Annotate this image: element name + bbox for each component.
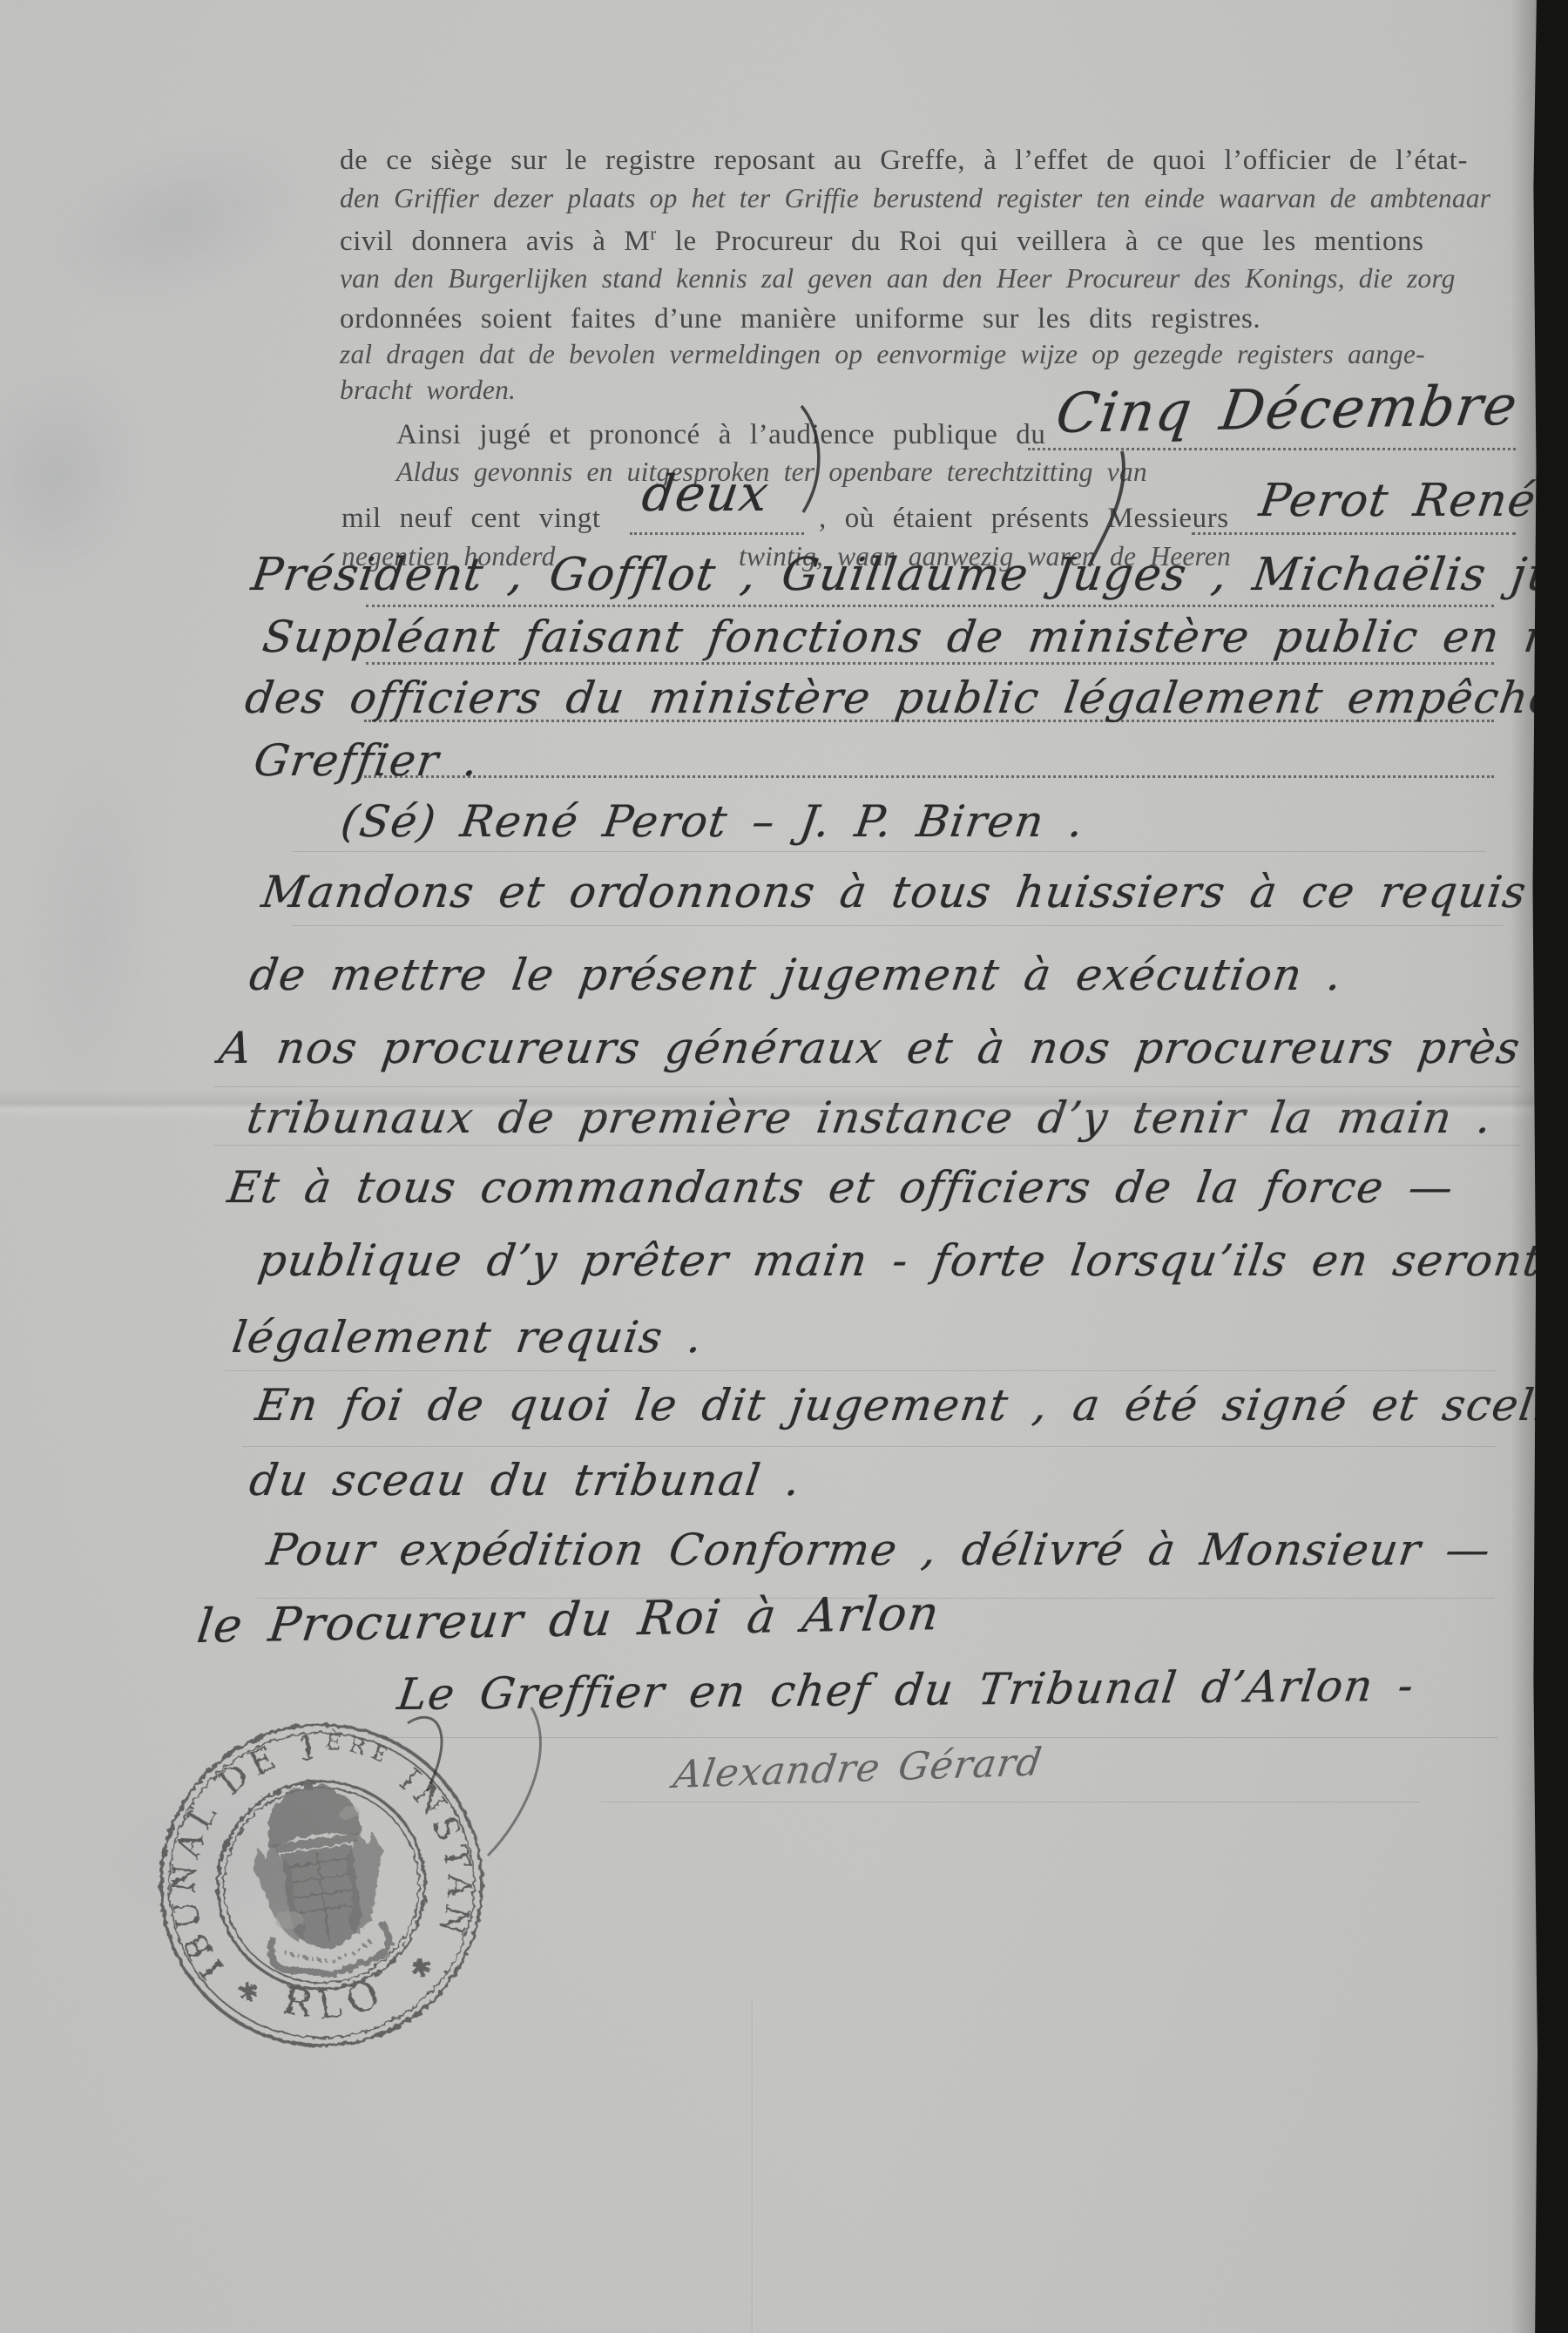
printed-line-mil: mil neuf cent vingt (341, 503, 601, 535)
bleedthrough-smudge (13, 736, 170, 1119)
bleedthrough-smudge (0, 341, 171, 609)
stamp-star-right: ✱ (409, 1952, 434, 1984)
bleedthrough-smudge (96, 1771, 340, 1941)
dotted-rule (366, 605, 1494, 607)
bleedthrough-smudge (17, 99, 341, 346)
paper-rule (225, 1370, 1497, 1371)
handwritten-year-word: deux (639, 465, 773, 523)
dotted-rule (364, 775, 1494, 778)
printed-line-fr-1: de ce siège sur le registre reposant au … (340, 145, 1468, 177)
horizontal-fold-crease (0, 1091, 1537, 1120)
printed-line-ou-etaient: , où étaient présents Messieurs (819, 503, 1229, 535)
handwritten-line: publique d’y prêter main - forte lorsqu’… (255, 1235, 1545, 1286)
handwritten-line: Mandons et ordonnons à tous huissiers à … (259, 867, 1531, 917)
handwritten-line: Greffier . (251, 735, 483, 786)
dotted-rule (366, 662, 1494, 665)
paper-rule (601, 1802, 1420, 1802)
stamp-star-left: ✱ (236, 1977, 261, 2008)
printed-line-nl-4: bracht worden. (340, 375, 516, 406)
printed-text: le Procureur du Roi qui veillera à ce qu… (657, 226, 1424, 257)
handwritten-line: A nos procureurs généraux et à nos procu… (216, 1023, 1568, 1073)
dotted-rule (1028, 448, 1516, 450)
handwritten-audience-date: Cinq Décembre (1052, 374, 1522, 445)
printed-line-ainsi: Ainsi jugé et prononcé à l’audience publ… (396, 419, 1045, 451)
superscript-r: r (650, 223, 657, 244)
paper-rule (375, 1737, 1498, 1738)
printed-line-fr-3: ordonnées soient faites d’une manière un… (340, 303, 1260, 335)
vertical-fold-crease (751, 1999, 754, 2333)
handwritten-line: du sceau du tribunal . (247, 1455, 805, 1505)
handwritten-line: de mettre le présent jugement à exécutio… (247, 950, 1346, 1000)
paper-edge-shadow (1511, 0, 1537, 2333)
paper-rule (292, 851, 1485, 852)
handwritten-greffier-title: Le Greffier en chef du Tribunal d’Arlon … (395, 1660, 1417, 1720)
handwritten-line: le Procureur du Roi à Arlon (194, 1586, 943, 1653)
handwritten-line: Suppléant faisant fonctions de ministère… (260, 612, 1568, 662)
handwritten-signature-line: (Sé) René Perot – J. P. Biren . (338, 796, 1088, 847)
handwritten-line: En foi de quoi le dit jugement , a été s… (253, 1380, 1568, 1430)
handwritten-line: légalement requis . (229, 1312, 706, 1363)
paper-rule (213, 1145, 1520, 1146)
greffier-signature: Alexandre Gérard (671, 1740, 1045, 1797)
printed-line-fr-2: civil donnera avis à Mr le Procureur du … (340, 223, 1424, 258)
scanned-document-page: de ce siège sur le registre reposant au … (0, 0, 1568, 2333)
handwritten-line: des officiers du ministère public légale… (242, 673, 1568, 723)
paper-rule (213, 1086, 1520, 1087)
handwritten-president-name: Perot René (1256, 475, 1540, 527)
printed-line-nl-3: zal dragen dat de bevolen vermeldingen o… (340, 339, 1425, 370)
printed-line-nl-1: den Griffier dezer plaats op het ter Gri… (340, 183, 1490, 214)
printed-line-nl-2: van den Burgerlijken stand kennis zal ge… (340, 263, 1456, 294)
handwritten-line: Et à tous commandants et officiers de la… (225, 1162, 1457, 1213)
printed-text: civil donnera avis à M (340, 226, 650, 257)
paper-rule (292, 925, 1503, 926)
dotted-rule (1192, 532, 1516, 535)
paper-rule (242, 1446, 1497, 1447)
handwritten-line: Pour expédition Conforme , délivré à Mon… (264, 1525, 1494, 1575)
dotted-rule (630, 532, 804, 535)
handwritten-line: Président , Gofflot , Guillaume Juges , … (248, 549, 1568, 601)
